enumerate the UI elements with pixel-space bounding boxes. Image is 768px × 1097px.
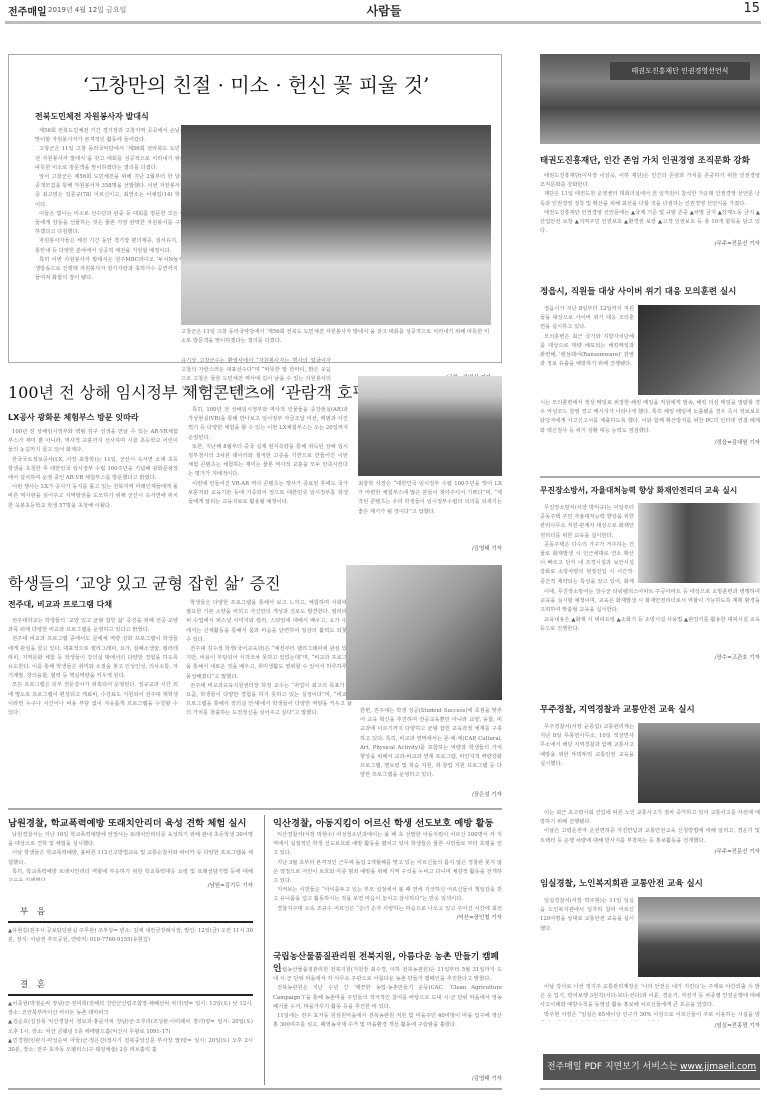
paragraph: 특히, 학교폭력예방 또래치안리더 역할에 부응하기 위한 학교폭력대응 요령 …	[8, 868, 253, 881]
body-col-2: 학생들은 다양한 프로그램을 통해서 보고 느끼고, 체험하며 사회에서 필요한…	[186, 599, 352, 829]
article-jeongeup: 정읍시, 직원들 대상 사이버 위기 대응 모의훈련 실시 정읍시가 지난 8일…	[540, 285, 760, 446]
paragraph: 학생들은 다양한 프로그램을 통해서 보고 느끼고, 체험하며 사회에서 필요한…	[186, 599, 352, 645]
headline: 정읍시, 직원들 대상 사이버 위기 대응 모의훈련 실시	[540, 285, 760, 297]
article-naqs: 국립농산물품질관리원 전북지원, 아름다운 농촌 만들기 캠페인 국립농산물품질…	[273, 950, 502, 1085]
byline: /임실=전홍명 기자	[540, 1021, 760, 1029]
byline: /익산=장인철 기자	[273, 913, 502, 921]
article-taekwondo: 태권도진흥재단 인권경영선언식 태권도진흥재단, 인간 존엄 가치 인권경영 조…	[540, 54, 760, 247]
paragraph: 남원경찰서는 지난 10일 학교폭력예방에 앞장서는 또래치안리더를 육성하기 …	[8, 831, 253, 849]
wedding-rule	[8, 994, 253, 996]
paragraph: 재단은 11일 태권도원 운영센터 대회의실에서 전 임직원이 참석한 가운데 …	[540, 190, 760, 208]
body-col-wide: 이는 최근 초고령사회 진입에 따른 노인 교통사고가 점차 증가하고 있어 교…	[540, 809, 760, 847]
photo-lx-booth	[358, 376, 502, 476]
byline: /장은설 기자	[360, 790, 502, 798]
subhead: LX공사 광화문 체험부스 방문 잇따라	[8, 412, 139, 423]
paragraph: 정읍시가 지난 8일부터 12일까지 직원들을 대상으로 사이버 위기 대응 모…	[540, 305, 634, 333]
bottom-rule	[8, 1088, 502, 1090]
body-col-2: 특히, 100년 전 상해임시정부와 역사적 인물들을 증강현실(AR)과 가상…	[188, 406, 348, 551]
byline: /김영태 기자	[358, 544, 502, 552]
byline: /김영태 기자	[273, 1074, 502, 1082]
body: 남원경찰서는 지난 10일 학교폭력예방에 앞장서는 또래치안리더를 육성하기 …	[8, 831, 253, 881]
banner-text: 전주매일 PDF 지면보기 서비스는	[547, 1062, 680, 1072]
subhead: 전북도민체전 자원봉사자 발대식	[35, 111, 149, 122]
wedding-entry: ▲민경현(민관기·마성순씨 아들)군·정은진(정시기 전북중앙신문 부사장 딸)…	[8, 1037, 253, 1055]
issue-date: 2019년 4월 12일 금요일	[48, 5, 126, 15]
article-lx: 100년 전 상해 임시정부 체험콘텐츠에 ‘관람객 호평’ LX공사 광화문 …	[8, 370, 502, 555]
obituary-entry: ▲유현길(전주시 공보담당관실 주무관) 조부상= 빈소: 김제 새만금장례식장…	[8, 927, 253, 945]
paragraph: 지켜보는 시민들은 “아이를두고 있는 부모 심정에서 볼 때 연세 지긋하신 …	[273, 886, 502, 904]
section-divider	[8, 808, 502, 810]
paragraph: 경찰지구대 소속 조규수 어르신은 “손녀 손자 사랑하는 마음으로 나오고 있…	[273, 905, 502, 911]
article-muju-police: 무주경찰, 지역경찰과 교통안전 교육 실시 무주경찰서(서장 윤종섭) 교통관…	[540, 703, 760, 855]
paragraph: 익산경찰서(서장 박현수) 여성청소년과에서는 올 해 초 선발한 아동지킴이 …	[273, 831, 502, 859]
subhead: 전주대, 비교과 프로그램 다채	[8, 599, 112, 610]
pdf-service-banner: 전주매일 PDF 지면보기 서비스는 www.jjmaeil.com에서	[543, 1054, 760, 1080]
wedding-label: 결 혼	[8, 978, 253, 990]
body-col-narrow: 정읍시가 지난 8일부터 12일까지 직원들을 대상으로 사이버 위기 대응 모…	[540, 305, 634, 397]
paragraph: 모의훈련은 최근 국가와 지방자치단체를 대상으로 대량 배포되는 해킹메일과 …	[540, 333, 634, 370]
section-title: 사람들	[248, 2, 520, 19]
body-col-1: 전주대학교는 학생들의 ‘교양 있고 균형 잡힌 삶’ 증진을 위해 전공·교양…	[8, 617, 178, 827]
paragraph: 이날 강사로 나선 정기주 교통관리계장은 ‘나의 안전은 내가 지킨다’는 주…	[540, 983, 760, 1011]
paragraph: 국립농산물품질관리원 전북지원(지원장 최수경, 이하 전북농관원)은 11일부…	[273, 966, 502, 984]
paragraph: 또한, 지난해 8월부터 중국 실제 현지측량을 통해 취득된 상해 임시정부청…	[188, 443, 348, 480]
paragraph: 자원봉사자들은 체전 기간 동안 경기장 편의제공, 질서유지, 교통안내 등 …	[35, 237, 185, 255]
paragraph: 전주대 비교과교육지원센터장 하정 교수는 “취업이 최고의 목표가 된 요즘,…	[186, 682, 352, 719]
headline: 익산경찰, 아동지킴이 어르신 학생 선도보호 예방 활동	[273, 815, 494, 829]
article-iksan: 익산경찰, 아동지킴이 어르신 학생 선도보호 예방 활동 익산경찰서(서장 박…	[273, 815, 502, 930]
paragraph: 이들은 빛나는 미소로 선수단과 관중 등 대회를 방문한 모든 이들에게 감동…	[35, 210, 185, 238]
article-jeonju-univ: 학생들의 ‘교양 있고 균형 잡힌 삶’ 증진 전주대, 비교과 프로그램 다채…	[8, 565, 502, 825]
body-col-wide: 이날 강사로 나선 정기주 교통관리계장은 ‘나의 안전은 내가 지킨다’는 주…	[540, 983, 760, 1021]
paragraph: 고창군은 11일 고창 동리국악당에서 ‘제56회 전라북도 도민체전 자원봉사…	[35, 145, 185, 173]
paragraph: 이번 행사는 LX가 공사가 둥지를 틀고 있는 전북지역 미래인재들에게 올바…	[8, 483, 178, 511]
photo-traffic-education	[638, 723, 760, 803]
paragraph: 임실경찰서(서장 박주현)는 11일 임실읍 노인복지관에서 일자리 참여 어르…	[540, 897, 634, 934]
headline: 100년 전 상해 임시정부 체험콘텐츠에 ‘관람객 호평’	[8, 380, 373, 403]
body-col-narrow: 무진장소방서(서장 박익규)는 이달부터 공동주택 주민 자율대처능력 향상을 …	[540, 504, 634, 586]
wedding-list: ▲이종원(박점순씨 장남)군·전미희(전해석 진안군산림조합장·채혜선씨 차녀)…	[8, 1000, 253, 1055]
paragraph: 태권도진흥재단 인권경영 선언문에는 ▲국제 기준 및 규범 존중 ▲차별 금지…	[540, 209, 760, 237]
body: 익산경찰서(서장 박현수) 여성청소년과에서는 올 해 초 선발한 아동지킴이 …	[273, 831, 502, 911]
photo-cyber-training	[638, 305, 760, 395]
headline: 임실경찰, 노인복지회관 교통안전 교육 실시	[540, 877, 760, 889]
paragraph: 앞서 고창군은 제56회 도민체전을 위해 지난 2월부터 한 달간 공개모집을…	[35, 173, 185, 210]
article-jinan-fire: 무진장소방서, 자율대처능력 향상 화재안전리더 교육 실시 무진장소방서(서장…	[540, 485, 760, 661]
body: 태권도진흥재단(이사장 이상욱, 이하 재단)은 인간의 존엄과 가치를 존중하…	[540, 172, 760, 236]
masthead: 전주매일 2019년 4월 12일 금요일 사람들 15	[8, 0, 760, 22]
paragraph: 박주현 서장은 “임실은 65세이상 인구가 30% 이상으로 어르신들이 주로…	[540, 1011, 760, 1021]
photo-caption: 고창군은 11일 고창 동리국악당에서 ‘제56회 전북도 도민체전 자원봉사자…	[181, 328, 491, 346]
byline: /정읍=김대원 기자	[540, 438, 760, 446]
headline: 태권도진흥재단, 인간 존엄 가치 인권경영 조직문화 강화	[540, 154, 760, 166]
headline: ‘고창만의 친절 · 미소 · 헌신 꽃 피울 것’	[9, 69, 503, 98]
paragraph: 이번에 만들어진 VR·AR 역사 콘텐츠는 행사가 종료된 후에도 국가보훈처…	[188, 480, 348, 508]
paragraph: 이날은 고령운전자 운전면허증 자진반납과 교통안전교육 신청방법에 대해 알리…	[540, 827, 760, 845]
paragraph: 전주대 김수정 학생(국어교육과)은 “예전부터 캘리그래피에 관심 있었지만,…	[186, 645, 352, 682]
article-volunteers: ‘고창만의 친절 · 미소 · 헌신 꽃 피울 것’ 전북도민체전 자원봉사자 …	[8, 54, 502, 363]
paragraph: 특히, 100년 전 상해임시정부와 역사적 인물들을 증강현실(AR)과 가상…	[188, 406, 348, 443]
article-imsil-police: 임실경찰, 노인복지회관 교통안전 교육 실시 임실경찰서(서장 박주현)는 1…	[540, 877, 760, 1029]
paragraph: 이에, 무진장소방서는 장수군 타워펠리스아파트·주공아파트 등 대상으로 소방…	[540, 588, 760, 616]
headline: 무진장소방서, 자율대처능력 향상 화재안전리더 교육 실시	[540, 485, 760, 496]
body-col-narrow: 무주경찰서(서장 윤종섭) 교통관리계는 지난 8일 무풍면사무소, 10일 적…	[540, 723, 634, 807]
paragraph: 이는 최근 초고령사회 진입에 따른 노인 교통사고가 점차 증가하고 있어 교…	[540, 809, 760, 827]
paragraph: 지난 3월 초부터 본격적인 근무에 돌입 2개월째를 맞고 있는 어르신들의 …	[273, 859, 502, 887]
body-col-3: 한편, 전주대는 학생 성공(Student Success)에 초점을 맞추어…	[360, 707, 502, 787]
body-col-wide: 이에, 무진장소방서는 장수군 타워펠리스아파트·주공아파트 등 대상으로 소방…	[540, 588, 760, 653]
bottom-rule-right	[540, 1088, 760, 1090]
paragraph: 제56회 전북도민체전 기간 경기장과 고창지역 곳곳에서 손님을 맞이할 자원…	[35, 127, 185, 145]
paragraph: 태권도진흥재단(이사장 이상욱, 이하 재단)은 인간의 존엄과 가치를 존중하…	[540, 172, 760, 190]
byline: /남원=김기두 기자	[8, 881, 253, 889]
section-divider	[540, 476, 760, 478]
body-col-1: 제56회 전북도민체전 기간 경기장과 고창지역 곳곳에서 손님을 맞이할 자원…	[35, 127, 185, 351]
page-number: 15	[743, 1, 760, 16]
photo-students	[346, 565, 502, 700]
obituary-rule	[8, 921, 253, 923]
paragraph: 무주경찰서(서장 윤종섭) 교통관리계는 지난 8일 무풍면사무소, 10일 적…	[540, 723, 634, 769]
byline: /무주=전문선 기자	[540, 239, 760, 247]
paragraph: 특히 이번 자원봉사자 발대식은 전주MBC라디오 ‘두시N놀자’ 생방송으로 …	[35, 256, 185, 284]
paragraph: 한국국토정보공사(LX, 사장 최창학)는 11일, 군산시 옥서면 소재 초등…	[8, 456, 178, 484]
paragraph: 이날 학생들은 학교폭력예방, 올바른 112신고방법교육 및 교통순찰차와 싸…	[8, 849, 253, 867]
paragraph: 모든 프로그램은 외부 전문강사가 위촉되어 운영된다. 정규교과 시간 외에 …	[8, 681, 178, 718]
paragraph: 전주대학교는 학생들의 ‘교양 있고 균형 잡힌 삶’ 증진을 위해 전공·교양…	[8, 617, 178, 635]
body-col-narrow: 임실경찰서(서장 박주현)는 11일 임실읍 노인복지관에서 일자리 참여 어르…	[540, 897, 634, 981]
photo-fire-training	[638, 503, 760, 583]
paragraph: 전북농관원은 지난 수년 간 ‘깨끗한 농업·농촌만들기 운동(CAC, ‘Cl…	[273, 984, 502, 1012]
photo-senior-lecture	[638, 897, 760, 977]
body-col-wide: 시는 모의훈련에서 정상 메일로 위장한 해킹 메일을 직원에게 발송, 해킹 …	[540, 399, 760, 436]
paragraph: 무진장소방서(서장 박익규)는 이달부터 공동주택 주민 자율대처능력 향상을 …	[540, 504, 634, 541]
headline: 남원경찰, 학교폭력예방 또래치안리더 육성 견학 체험 실시	[8, 815, 247, 829]
headline: 무주경찰, 지역경찰과 교통안전 교육 실시	[540, 703, 760, 715]
paragraph: 교육내용은 ▲화재 시 대피요령 ▲소화기 등 소방시설 사용법 ▲완강기를 활…	[540, 616, 760, 634]
wedding-entry: ▲이종원(박점순씨 장남)군·전미희(전해석 진안군산림조합장·채혜선씨 차녀)…	[8, 1000, 253, 1018]
paragraph: 공동주택은 다수의 가구가 거주하는 건물로 화재발생 시 인근세대로 연소 확…	[540, 541, 634, 586]
byline: /장수=고관호 기자	[540, 653, 760, 661]
obituary-box: 부 음 ▲유현길(전주시 공보담당관실 주무관) 조부상= 빈소: 김제 새만금…	[8, 905, 253, 945]
body: 국립농산물품질관리원 전북지원(지원장 최수경, 이하 전북농관원)은 11일부…	[273, 966, 502, 1074]
photo-taekwondo-ceremony: 태권도진흥재단 인권경영선언식	[540, 54, 760, 144]
paragraph: 전주대 비교과 프로그램 중에서도 문예체 역량 강화 프로그램이 학생들에게 …	[8, 635, 178, 681]
photo-volunteer-ceremony	[181, 125, 491, 325]
photo-banner-text: 태권도진흥재단 인권경영선언식	[610, 62, 750, 80]
article-namwon: 남원경찰, 학교폭력예방 또래치안리더 육성 견학 체험 실시 남원경찰서는 지…	[8, 815, 253, 895]
wedding-box: 결 혼 ▲이종원(박점순씨 장남)군·전미희(전해석 진안군산림조합장·채혜선씨…	[8, 978, 253, 1055]
body-col-1: 100년 전 상해임시정부와 백범 김구 선생을 만날 수 있는 AR·VR체험…	[8, 428, 178, 553]
masthead-rule	[5, 21, 761, 24]
obituary-label: 부 음	[8, 905, 253, 917]
wedding-entry: ▲김순호(김상목 익산경찰서 정보과·홍문자씨 장남)군·조루리(조성완·이미례…	[8, 1018, 253, 1036]
column-divider	[264, 815, 265, 1085]
brand-logo: 전주매일	[8, 3, 47, 18]
headline: 학생들의 ‘교양 있고 균형 잡힌 삶’ 증진	[8, 571, 281, 594]
paragraph: 100년 전 상해임시정부와 백범 김구 선생을 만날 수 있는 AR·VR체험…	[8, 428, 178, 456]
website-link[interactable]: www.jjmaeil.com	[680, 1062, 756, 1072]
paragraph: 11일에는 전주 효자동 원심원마을에서 전북농관원 직원 및 마을주민 40여…	[273, 1012, 502, 1030]
body-col-3: 최창학 사장은 “대한민국 임시정부 수립 100주년을 맞아 LX가 마련한 …	[358, 480, 502, 545]
byline: /무주=전문선 기자	[540, 847, 760, 855]
